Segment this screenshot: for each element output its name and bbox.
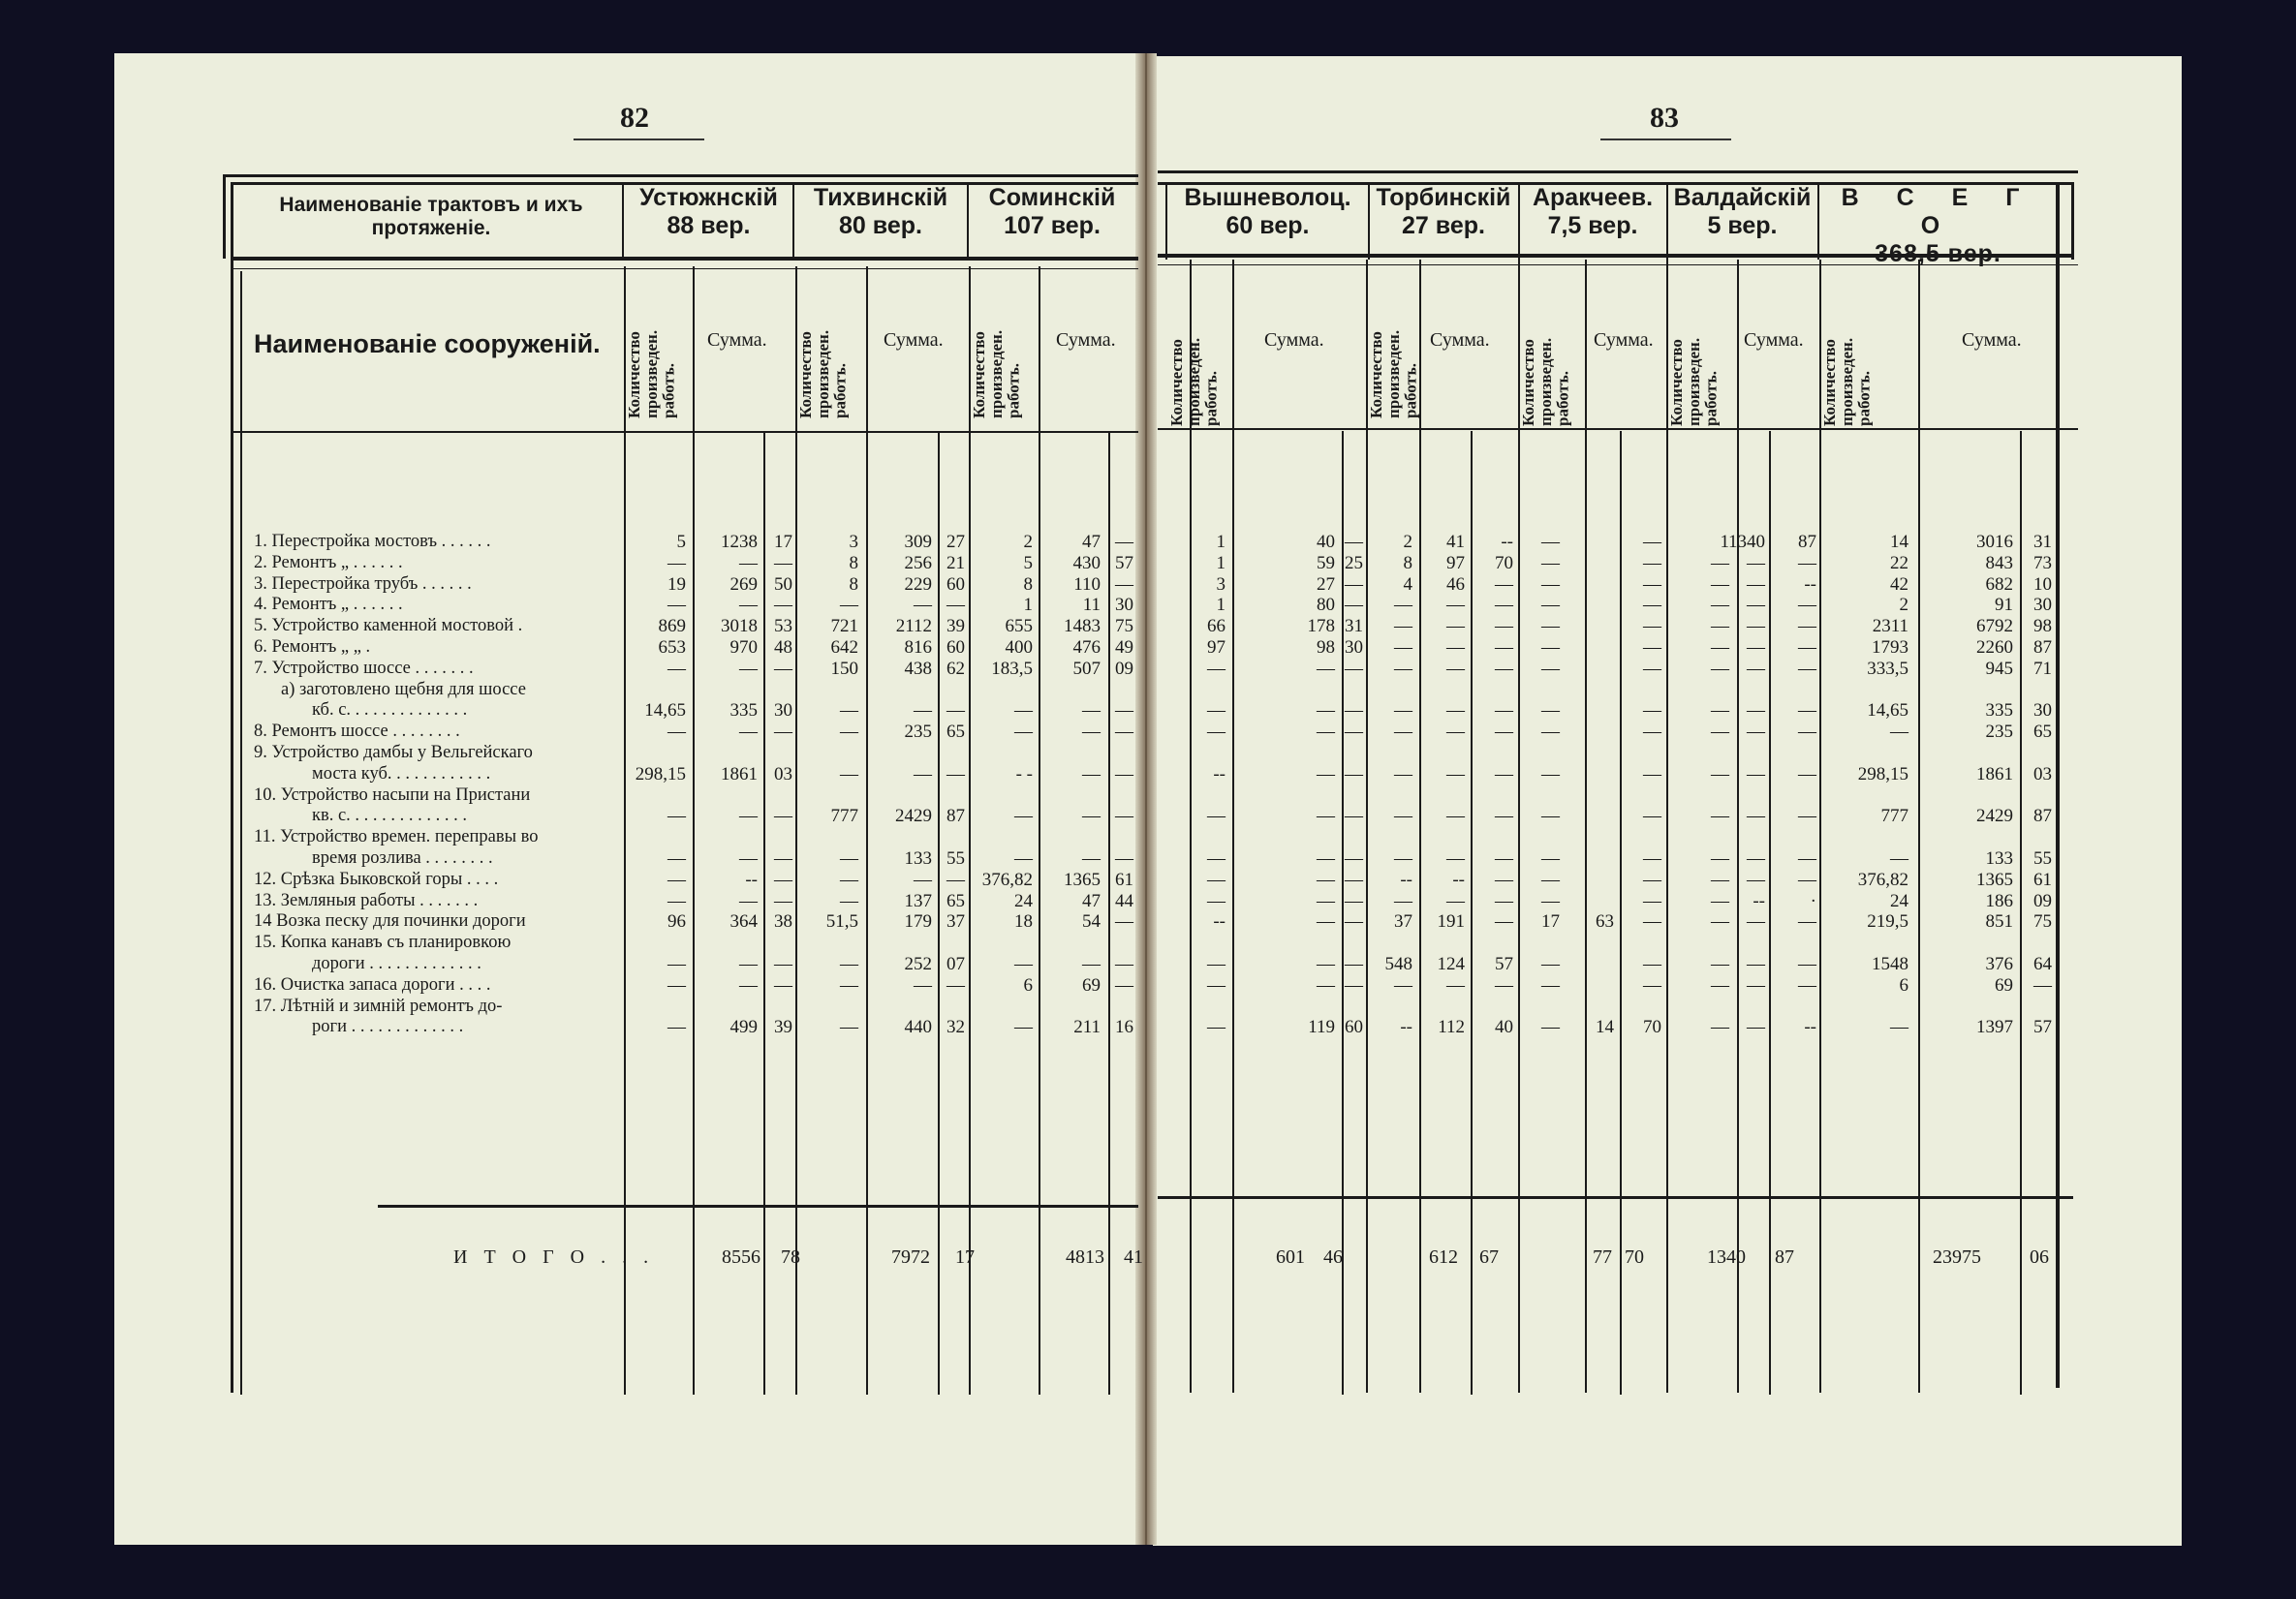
- cell-tikh-r: 256: [905, 553, 933, 574]
- cell-vysh-q: —: [1207, 700, 1226, 722]
- header-sum-label: Сумма.: [1594, 329, 1654, 352]
- cell-total-r: 682: [1986, 574, 2014, 596]
- cell-total-k: 31: [2033, 532, 2052, 553]
- cell-torb-q: 548: [1385, 954, 1413, 975]
- cell-vald-r: —: [1747, 911, 1765, 933]
- cell-tikh-q: —: [840, 764, 858, 785]
- cell-som-r: 47: [1082, 532, 1101, 553]
- cell-vald-q: —: [1711, 659, 1729, 680]
- row-label: а) заготовлено щебня для шоссе: [281, 680, 526, 701]
- cell-som-q: 400: [1006, 637, 1034, 659]
- cell-som-r: 507: [1073, 659, 1101, 680]
- cell-ust-r: 1861: [721, 764, 758, 785]
- cell-torb-r: —: [1446, 637, 1465, 659]
- cell-ust-k: —: [774, 659, 792, 680]
- cell-torb-k: —: [1495, 722, 1513, 743]
- cell-vald-k: —: [1798, 553, 1816, 574]
- header-route-arakcheev: Аракчеев.7,5 вер.: [1519, 184, 1666, 240]
- cell-tikh-k: 07: [946, 954, 965, 975]
- cell-vysh-r: —: [1317, 954, 1335, 975]
- cell-arak-q: —: [1541, 848, 1560, 870]
- cell-vysh-r: 40: [1317, 532, 1335, 553]
- cell-tikh-q: 3: [850, 532, 859, 553]
- cell-tikh-r: 438: [905, 659, 933, 680]
- cell-arak-q: —: [1541, 870, 1560, 891]
- cell-som-k: 09: [1115, 659, 1133, 680]
- cell-arak-k: —: [1643, 595, 1661, 616]
- cell-vald-r: —: [1747, 700, 1765, 722]
- cell-torb-k: —: [1495, 764, 1513, 785]
- header-route-total: В С Е Г О368,5 вер.: [1819, 184, 2057, 267]
- cell-tikh-q: —: [840, 954, 858, 975]
- cell-vysh-q: —: [1207, 870, 1226, 891]
- cell-vald-q: —: [1711, 870, 1729, 891]
- cell-torb-k: —: [1495, 848, 1513, 870]
- cell-som-k: —: [1115, 764, 1133, 785]
- cell-vysh-r: —: [1317, 700, 1335, 722]
- cell-vald-r: —: [1747, 975, 1765, 997]
- subheader-rule: [231, 431, 1138, 433]
- cell-ust-q: 96: [667, 911, 686, 933]
- row-label: 13. Земляныя работы . . . . . . .: [254, 891, 478, 912]
- cell-tikh-k: 55: [946, 848, 965, 870]
- header-qty-label: Количество произведен. работъ.: [626, 283, 688, 418]
- cell-arak-q: —: [1541, 764, 1560, 785]
- cell-tikh-q: —: [840, 595, 858, 616]
- cell-vald-q: —: [1711, 595, 1729, 616]
- cell-ust-k: —: [774, 722, 792, 743]
- cell-total-r: 2260: [1976, 637, 2013, 659]
- cell-torb-k: —: [1495, 911, 1513, 933]
- cell-ust-q: —: [667, 722, 686, 743]
- cell-tikh-r: —: [914, 975, 932, 997]
- cell-total-q: 333,5: [1867, 659, 1908, 680]
- cell-total-r: 6792: [1976, 616, 2013, 637]
- cell-tikh-r: 440: [905, 1017, 933, 1038]
- total-vald-rub: 1340: [1707, 1246, 1746, 1269]
- cell-vysh-r: —: [1317, 911, 1335, 933]
- cell-total-q: 6: [1900, 975, 1909, 997]
- cell-tikh-k: 65: [946, 891, 965, 912]
- cell-vysh-q: —: [1207, 891, 1226, 912]
- cell-tikh-r: —: [914, 700, 932, 722]
- cell-ust-k: —: [774, 595, 792, 616]
- col-line: [1366, 260, 1368, 1393]
- total-vald-kop: 87: [1775, 1246, 1794, 1269]
- page-number-rule: [574, 138, 704, 140]
- cell-torb-r: 46: [1446, 574, 1465, 596]
- cell-tikh-r: 179: [905, 911, 933, 933]
- cell-ust-q: —: [667, 553, 686, 574]
- header-sum-label: Сумма.: [1744, 329, 1804, 352]
- cell-som-q: 183,5: [991, 659, 1033, 680]
- col-line: [693, 266, 695, 1395]
- cell-vysh-k: —: [1345, 954, 1363, 975]
- cell-torb-q: 2: [1404, 532, 1413, 553]
- cell-torb-k: --: [1501, 532, 1513, 553]
- page-number-left: 82: [620, 102, 649, 135]
- cell-total-q: 14: [1890, 532, 1908, 553]
- cell-vald-k: ·: [1811, 891, 1816, 912]
- cell-total-r: 3016: [1976, 532, 2013, 553]
- row-label: 3. Перестройка трубъ . . . . . .: [254, 574, 472, 596]
- col-line: [624, 266, 626, 1395]
- cell-arak-q: —: [1541, 574, 1560, 596]
- cell-total-k: 57: [2033, 1017, 2052, 1038]
- cell-vysh-q: —: [1207, 848, 1226, 870]
- cell-total-r: 2429: [1976, 806, 2013, 827]
- cell-ust-q: —: [667, 891, 686, 912]
- total-som-rub: 4813: [1066, 1246, 1104, 1269]
- row-label: роги . . . . . . . . . . . . .: [312, 1017, 463, 1038]
- cell-tikh-k: 87: [946, 806, 965, 827]
- cell-tikh-k: 39: [946, 616, 965, 637]
- cell-tikh-q: 8: [850, 574, 859, 596]
- cell-vysh-k: 25: [1345, 553, 1363, 574]
- cell-ust-r: —: [739, 722, 758, 743]
- header-sum-label: Сумма.: [1430, 329, 1490, 352]
- header-sum-label: Сумма.: [1962, 329, 2022, 352]
- header-qty-label: Количество произведен. работъ.: [1168, 291, 1230, 426]
- cell-torb-q: —: [1394, 616, 1412, 637]
- cell-vald-r: —: [1747, 659, 1765, 680]
- cell-torb-r: —: [1446, 700, 1465, 722]
- cell-tikh-q: 642: [831, 637, 859, 659]
- row-label: 14 Возка песку для починки дороги: [254, 911, 526, 933]
- cell-vald-q: —: [1711, 848, 1729, 870]
- row-label: дороги . . . . . . . . . . . . .: [312, 954, 481, 975]
- cell-som-k: 44: [1115, 891, 1133, 912]
- cell-torb-k: —: [1495, 975, 1513, 997]
- cell-som-k: 57: [1115, 553, 1133, 574]
- cell-arak-r: 63: [1596, 911, 1614, 933]
- cell-vald-k: --: [1804, 1017, 1816, 1038]
- cell-total-q: 219,5: [1867, 911, 1908, 933]
- cell-total-q: —: [1890, 722, 1908, 743]
- cell-torb-k: 40: [1495, 1017, 1513, 1038]
- cell-ust-r: 364: [730, 911, 759, 933]
- cell-ust-r: —: [739, 595, 758, 616]
- cell-vysh-q: 1: [1217, 553, 1226, 574]
- cell-som-k: —: [1115, 954, 1133, 975]
- cell-som-q: —: [1014, 722, 1033, 743]
- cell-torb-k: —: [1495, 891, 1513, 912]
- cell-ust-r: —: [739, 975, 758, 997]
- cell-vysh-k: —: [1345, 975, 1363, 997]
- cell-vald-q: —: [1711, 806, 1729, 827]
- cell-vald-r: —: [1747, 722, 1765, 743]
- table-right-border: [2071, 182, 2074, 260]
- col-line: [1039, 266, 1040, 1395]
- cell-vald-q: —: [1711, 637, 1729, 659]
- cell-vald-q: —: [1711, 1017, 1729, 1038]
- cell-torb-r: 112: [1438, 1017, 1465, 1038]
- row-label: кб. с. . . . . . . . . . . . . .: [312, 700, 467, 722]
- cell-vald-k: —: [1798, 616, 1816, 637]
- cell-vysh-k: —: [1345, 722, 1363, 743]
- cell-som-q: 24: [1014, 891, 1033, 912]
- cell-torb-q: —: [1394, 848, 1412, 870]
- cell-som-r: 11: [1083, 595, 1101, 616]
- cell-arak-k: —: [1643, 954, 1661, 975]
- cell-arak-k: —: [1643, 806, 1661, 827]
- cell-total-k: 75: [2033, 911, 2052, 933]
- cell-tikh-k: 21: [946, 553, 965, 574]
- cell-torb-r: --: [1452, 870, 1465, 891]
- col-line: [1620, 431, 1622, 1395]
- cell-vysh-k: —: [1345, 574, 1363, 596]
- col-line: [1819, 260, 1821, 1393]
- table-top-rule: [1158, 170, 2078, 173]
- cell-total-q: 1548: [1872, 954, 1908, 975]
- col-line: [1190, 260, 1192, 1393]
- cell-total-r: 1861: [1976, 764, 2013, 785]
- header-qty-label: Количество произведен. работъ.: [797, 283, 859, 418]
- cell-torb-q: 37: [1394, 911, 1412, 933]
- cell-total-k: 03: [2033, 764, 2052, 785]
- cell-vald-k: —: [1798, 637, 1816, 659]
- page-number-right: 83: [1650, 102, 1679, 135]
- cell-ust-r: —: [739, 954, 758, 975]
- cell-arak-k: —: [1643, 637, 1661, 659]
- col-line: [1737, 260, 1739, 1393]
- totals-rule: [1158, 1196, 2073, 1199]
- cell-arak-q: —: [1541, 532, 1560, 553]
- cell-torb-q: —: [1394, 659, 1412, 680]
- cell-vald-q: —: [1711, 700, 1729, 722]
- cell-ust-r: 269: [730, 574, 759, 596]
- cell-vald-r: —: [1747, 806, 1765, 827]
- cell-vald-r: —: [1747, 870, 1765, 891]
- cell-ust-r: 335: [730, 700, 759, 722]
- cell-arak-q: —: [1541, 553, 1560, 574]
- cell-som-q: 2: [1024, 532, 1034, 553]
- cell-som-q: —: [1014, 700, 1033, 722]
- cell-vysh-k: —: [1345, 911, 1363, 933]
- cell-total-r: 133: [1986, 848, 2014, 870]
- cell-tikh-q: —: [840, 891, 858, 912]
- cell-tikh-q: —: [840, 722, 858, 743]
- cell-total-q: 42: [1890, 574, 1908, 596]
- cell-total-r: 851: [1986, 911, 2014, 933]
- col-line: [1769, 431, 1771, 1395]
- cell-ust-k: —: [774, 870, 792, 891]
- cell-tikh-q: —: [840, 848, 858, 870]
- cell-tikh-r: 309: [905, 532, 933, 553]
- row-label: 10. Устройство насыпи на Пристани: [254, 785, 530, 807]
- row-label: 1. Перестройка мостовъ . . . . . .: [254, 532, 491, 553]
- cell-som-r: 476: [1073, 637, 1101, 659]
- header-route-ustyuzhna: Устюжнскій88 вер.: [625, 184, 792, 240]
- cell-torb-k: —: [1495, 870, 1513, 891]
- cell-vysh-r: 80: [1317, 595, 1335, 616]
- cell-ust-k: 38: [774, 911, 792, 933]
- cell-vald-r: —: [1747, 637, 1765, 659]
- cell-arak-q: —: [1541, 700, 1560, 722]
- row-label: 12. Срѣзка Быковской горы . . . .: [254, 870, 498, 891]
- cell-ust-q: —: [667, 870, 686, 891]
- cell-torb-q: —: [1394, 891, 1412, 912]
- cell-torb-q: —: [1394, 722, 1412, 743]
- col-line: [2020, 431, 2022, 1395]
- row-label: 15. Копка канавъ съ планировкою: [254, 933, 511, 954]
- cell-arak-k: —: [1643, 722, 1661, 743]
- cell-total-k: 10: [2033, 574, 2052, 596]
- cell-ust-r: —: [739, 891, 758, 912]
- cell-torb-r: —: [1446, 659, 1465, 680]
- cell-vysh-q: 3: [1217, 574, 1226, 596]
- cell-vald-r: —: [1747, 1017, 1765, 1038]
- cell-total-q: 777: [1881, 806, 1909, 827]
- cell-ust-q: —: [667, 659, 686, 680]
- cell-total-r: 335: [1986, 700, 2014, 722]
- cell-arak-k: —: [1643, 659, 1661, 680]
- cell-torb-r: —: [1446, 975, 1465, 997]
- cell-ust-r: 1238: [721, 532, 758, 553]
- cell-vald-k: —: [1798, 764, 1816, 785]
- header-structures-title: Наименованіе сооруженій.: [254, 329, 601, 359]
- cell-tikh-q: —: [840, 1017, 858, 1038]
- cell-tikh-q: —: [840, 700, 858, 722]
- total-ust-rub: 8556: [722, 1246, 760, 1269]
- cell-vald-r: —: [1747, 848, 1765, 870]
- cell-som-q: —: [1014, 806, 1033, 827]
- cell-torb-r: 41: [1446, 532, 1465, 553]
- cell-total-q: 2: [1900, 595, 1909, 616]
- cell-total-r: 91: [1995, 595, 2013, 616]
- cell-vald-r: --: [1753, 891, 1765, 912]
- cell-som-k: 61: [1115, 870, 1133, 891]
- cell-vysh-k: —: [1345, 659, 1363, 680]
- cell-arak-k: —: [1643, 616, 1661, 637]
- cell-som-k: 75: [1115, 616, 1133, 637]
- cell-tikh-r: —: [914, 595, 932, 616]
- cell-ust-q: 14,65: [644, 700, 686, 722]
- cell-torb-q: —: [1394, 637, 1412, 659]
- cell-som-r: —: [1082, 806, 1101, 827]
- total-tikh-rub: 7972: [891, 1246, 930, 1269]
- cell-vysh-r: —: [1317, 870, 1335, 891]
- cell-total-r: 843: [1986, 553, 2014, 574]
- cell-som-q: 376,82: [982, 870, 1033, 891]
- cell-ust-k: 30: [774, 700, 792, 722]
- cell-vald-k: —: [1798, 722, 1816, 743]
- cell-vysh-r: —: [1317, 659, 1335, 680]
- cell-arak-q: —: [1541, 891, 1560, 912]
- header-qty-label: Количество произведен. работъ.: [1668, 291, 1719, 426]
- cell-torb-k: —: [1495, 637, 1513, 659]
- cell-arak-r: 14: [1596, 1017, 1614, 1038]
- cell-arak-k: —: [1643, 764, 1661, 785]
- cell-torb-k: 57: [1495, 954, 1513, 975]
- cell-tikh-q: 777: [831, 806, 859, 827]
- cell-vysh-k: —: [1345, 870, 1363, 891]
- cell-total-k: —: [2033, 975, 2052, 997]
- cell-vald-q: —: [1711, 616, 1729, 637]
- header-sum-label: Сумма.: [1264, 329, 1324, 352]
- cell-vysh-q: —: [1207, 1017, 1226, 1038]
- cell-ust-q: —: [667, 595, 686, 616]
- cell-vald-r: —: [1747, 574, 1765, 596]
- cell-tikh-k: 27: [946, 532, 965, 553]
- cell-tikh-k: —: [946, 764, 965, 785]
- cell-ust-k: 39: [774, 1017, 792, 1038]
- row-label: время розлива . . . . . . . .: [312, 848, 493, 870]
- cell-som-k: —: [1115, 975, 1133, 997]
- cell-torb-r: —: [1446, 722, 1465, 743]
- cell-vysh-r: 178: [1308, 616, 1336, 637]
- cell-total-q: 376,82: [1858, 870, 1908, 891]
- cell-tikh-k: 65: [946, 722, 965, 743]
- cell-som-k: 49: [1115, 637, 1133, 659]
- cell-vysh-q: --: [1213, 911, 1226, 933]
- cell-torb-r: —: [1446, 616, 1465, 637]
- cell-torb-q: 4: [1404, 574, 1413, 596]
- cell-torb-k: —: [1495, 595, 1513, 616]
- total-all-kop: 06: [2030, 1246, 2049, 1269]
- cell-tikh-q: 51,5: [826, 911, 858, 933]
- col-line: [1471, 431, 1473, 1395]
- cell-torb-r: —: [1446, 891, 1465, 912]
- cell-som-q: 8: [1024, 574, 1034, 596]
- cell-total-k: 87: [2033, 806, 2052, 827]
- cell-ust-k: —: [774, 975, 792, 997]
- cell-total-k: 30: [2033, 595, 2052, 616]
- cell-arak-q: —: [1541, 595, 1560, 616]
- cell-total-r: 69: [1995, 975, 2013, 997]
- cell-tikh-r: 2112: [896, 616, 932, 637]
- cell-ust-k: —: [774, 806, 792, 827]
- cell-ust-q: —: [667, 848, 686, 870]
- cell-total-r: 235: [1986, 722, 2014, 743]
- total-vysh-rub: 601: [1276, 1246, 1305, 1269]
- cell-vald-r: 1340: [1728, 532, 1765, 553]
- cell-vysh-k: —: [1345, 532, 1363, 553]
- cell-ust-q: 298,15: [636, 764, 686, 785]
- cell-vald-q: —: [1711, 722, 1729, 743]
- header-route-tikhvin: Тихвинскій80 вер.: [794, 184, 967, 240]
- table-right-border: [2056, 182, 2060, 1388]
- cell-vald-k: —: [1798, 911, 1816, 933]
- cell-total-k: 71: [2033, 659, 2052, 680]
- cell-torb-r: 97: [1446, 553, 1465, 574]
- cell-vysh-k: —: [1345, 848, 1363, 870]
- cell-ust-q: 653: [659, 637, 687, 659]
- header-qty-label: Количество произведен. работъ.: [1368, 283, 1418, 418]
- subheader-rule: [1158, 428, 2078, 430]
- header-sum-label: Сумма.: [884, 329, 944, 352]
- cell-som-r: —: [1082, 848, 1101, 870]
- cell-ust-k: 48: [774, 637, 792, 659]
- total-vysh-kop: 46: [1323, 1246, 1343, 1269]
- cell-arak-q: —: [1541, 616, 1560, 637]
- cell-tikh-r: 816: [905, 637, 933, 659]
- cell-arak-k: —: [1643, 848, 1661, 870]
- cell-torb-k: —: [1495, 806, 1513, 827]
- cell-som-r: —: [1082, 954, 1101, 975]
- col-line: [1918, 260, 1920, 1393]
- col-line: [1108, 431, 1110, 1395]
- cell-vysh-q: --: [1213, 764, 1226, 785]
- cell-arak-k: 70: [1643, 1017, 1661, 1038]
- cell-vald-r: —: [1747, 764, 1765, 785]
- total-som-kop: 41: [1124, 1246, 1143, 1269]
- cell-tikh-k: 32: [946, 1017, 965, 1038]
- cell-ust-k: 03: [774, 764, 792, 785]
- cell-som-k: —: [1115, 722, 1133, 743]
- cell-ust-k: 53: [774, 616, 792, 637]
- cell-vald-q: —: [1711, 911, 1729, 933]
